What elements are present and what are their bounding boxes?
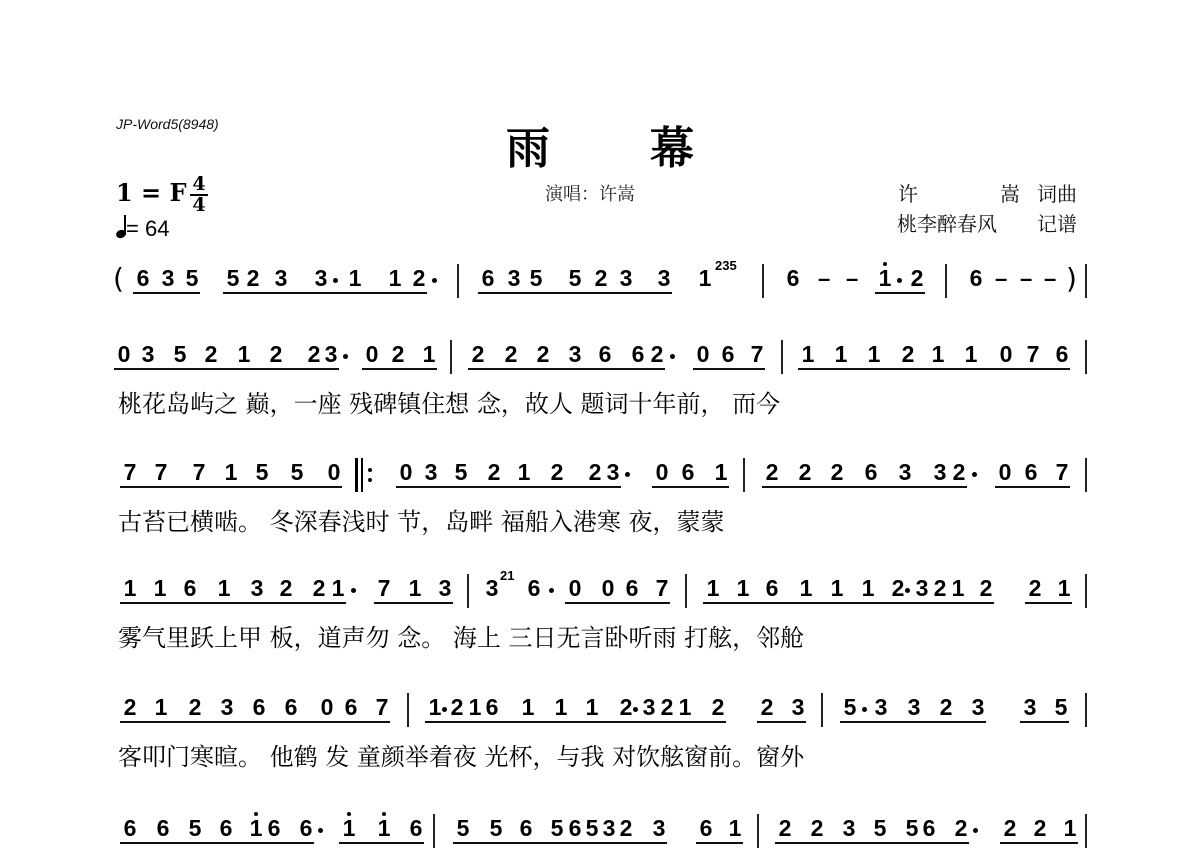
barline [781,340,783,374]
intro-parenthesis: ) [1066,262,1077,295]
augmentation-dot [318,828,323,833]
note: 2 [978,576,994,600]
note: 3 [906,695,922,719]
transcriber-role: 记谱 [1037,208,1077,237]
barline [743,458,745,492]
note: 3 [641,695,657,719]
beam-underline [425,721,726,723]
note: 6 [720,342,736,366]
note: 6 [298,816,314,840]
performer-credit: 演唱：许嵩 [545,180,635,206]
note: 3 [219,695,235,719]
transcriber-name: 桃李醉春风 [897,208,997,237]
barline [945,264,947,298]
beam-underline [374,602,453,604]
note: 6 [1023,460,1039,484]
note: 6 [863,460,879,484]
barline [467,574,469,608]
note: 2 [278,576,294,600]
note: 0 [398,460,414,484]
composer-role: 词曲 [1037,178,1077,207]
note: 3 [932,460,948,484]
augmentation-dot [972,472,977,477]
beam-underline [875,292,925,294]
note: 6 [1054,342,1070,366]
augmentation-dot [351,588,356,593]
note: 6 [182,576,198,600]
note: 0 [998,342,1014,366]
note: 1 [341,816,357,840]
note: 1 [407,576,423,600]
note: 2 [953,816,969,840]
grace-notes: 235 [715,258,737,273]
note: 1 [153,695,169,719]
lyrics-line: 桃花岛屿之 巅，一座 残碑镇住想 念，故人 题词十年前， 而今 [118,384,1078,419]
note: 2 [764,460,780,484]
barline [450,340,452,374]
augmentation-dot [862,707,867,712]
note: 6 [135,266,151,290]
note: 5 [584,816,600,840]
note: 6 [251,695,267,719]
note: 1 [800,342,816,366]
augmentation-dot [432,278,437,283]
note: 1 [427,695,443,719]
note: 1 [520,695,536,719]
note: 0 [567,576,583,600]
note: 2 [203,342,219,366]
note: 2 [549,460,565,484]
barline [457,264,459,298]
beam-underline [453,842,667,844]
note: 5 [842,695,858,719]
note: 1 [860,576,876,600]
note: 1 [421,342,437,366]
note: 2 [306,342,322,366]
beam-underline [696,842,743,844]
note: 2 [449,695,465,719]
note: 1 [705,576,721,600]
beam-underline [362,368,437,370]
time-signature-top: 4 [190,176,208,193]
beam-underline [703,602,994,604]
augmentation-dot [549,588,554,593]
note: 2 [593,266,609,290]
note: 3 [790,695,806,719]
note: 2 [535,342,551,366]
beam-underline [652,486,729,488]
note: 6 [785,266,801,290]
beam-underline [478,292,672,294]
note: 1 [877,266,893,290]
barline [1085,340,1087,374]
song-title-char-2: 幕 [650,112,694,176]
intro-parenthesis: ( [113,262,124,295]
note: 3 [484,576,500,600]
lyrics-line: 客叩门寒暄。 他鹤 发 童颜举着夜 光杯，与我 对饮舷窗前。窗外 [118,737,1078,772]
beam-underline [468,368,665,370]
note: 1 [248,816,264,840]
note: 0 [319,695,335,719]
time-signature-bottom: 4 [190,197,208,214]
note: 2 [503,342,519,366]
beam-underline [396,486,621,488]
note: 3 [914,576,930,600]
beam-underline [120,721,390,723]
note: 1 [735,576,751,600]
note: 1 [1062,816,1078,840]
augmentation-dot [633,707,638,712]
note: 6 [518,816,534,840]
tempo-value: = 64 [126,216,169,241]
beam-underline [693,368,765,370]
augmentation-dot [333,278,338,283]
note: 6 [921,816,937,840]
beam-underline [1020,721,1069,723]
note: 3 [313,266,329,290]
note: 2 [618,816,634,840]
note: 6 [283,695,299,719]
augmentation-dot [625,472,630,477]
key-signature: 1 = F [116,178,187,207]
note: 1 [223,460,239,484]
note: 2 [900,342,916,366]
note: 3 [841,816,857,840]
note: 0 [116,342,132,366]
note: 5 [872,816,888,840]
note: 2 [187,695,203,719]
note: 3 [656,266,672,290]
note: 2 [587,460,603,484]
note: 3 [160,266,176,290]
note: 6 [567,816,583,840]
beam-underline [798,368,1070,370]
note: 2 [122,695,138,719]
note: 3 [605,460,621,484]
barline [757,814,759,848]
note: 6 [408,816,424,840]
note: 1 [516,460,532,484]
note: 1 [152,576,168,600]
barline [407,693,409,727]
note: 6 [343,695,359,719]
beam-underline [133,292,200,294]
beam-underline [223,292,427,294]
beam-underline [840,721,986,723]
note: 7 [749,342,765,366]
note: 1 [216,576,232,600]
note: 1 [553,695,569,719]
note: 6 [630,342,646,366]
barline [1085,264,1087,298]
note: 2 [759,695,775,719]
extension-dash: – [995,266,1007,292]
note: 3 [970,695,986,719]
note: 3 [437,576,453,600]
note: 2 [938,695,954,719]
augmentation-dot [670,354,675,359]
note: 3 [897,460,913,484]
note: 2 [486,460,502,484]
note: 3 [601,816,617,840]
note: 6 [218,816,234,840]
note: 2 [809,816,825,840]
extension-dash: – [1020,266,1032,292]
augmentation-dot [442,707,447,712]
note: 6 [764,576,780,600]
note: 5 [187,816,203,840]
note: 2 [411,266,427,290]
note: 7 [1025,342,1041,366]
note: 1 [963,342,979,366]
note: 2 [710,695,726,719]
beam-underline [120,842,314,844]
note: 6 [122,816,138,840]
note: 1 [866,342,882,366]
note: 2 [777,816,793,840]
note: 5 [254,460,270,484]
note: 5 [453,460,469,484]
barline [821,693,823,727]
augmentation-dot [905,588,910,593]
note: 7 [374,695,390,719]
note: 7 [1054,460,1070,484]
time-signature: 4 4 [190,176,208,214]
note: 2 [618,695,634,719]
note: 1 [122,576,138,600]
note: 2 [797,460,813,484]
note: 3 [423,460,439,484]
note: 3 [651,816,667,840]
note: 1 [677,695,693,719]
beam-underline [1025,602,1072,604]
note: 1 [330,576,346,600]
barline [1085,574,1087,608]
note: 6 [968,266,984,290]
note: 1 [1056,576,1072,600]
note: 2 [659,695,675,719]
note: 5 [567,266,583,290]
barline [1085,458,1087,492]
beam-underline [114,368,339,370]
note: 5 [904,816,920,840]
note: 7 [376,576,392,600]
note: 3 [506,266,522,290]
extension-dash: – [1044,266,1056,292]
note: 1 [387,266,403,290]
beam-underline [762,486,967,488]
note: 3 [140,342,156,366]
barline [1085,814,1087,848]
note: 1 [467,695,483,719]
note: 3 [323,342,339,366]
composer-name-2: 嵩 [1000,178,1020,207]
note: 6 [155,816,171,840]
note: 6 [624,576,640,600]
note: 1 [376,816,392,840]
note: 2 [1002,816,1018,840]
note: 3 [873,695,889,719]
note: 1 [347,266,363,290]
note: 2 [390,342,406,366]
note: 5 [549,816,565,840]
note: 1 [236,342,252,366]
beam-underline [757,721,806,723]
barline [1085,693,1087,727]
note: 5 [289,460,305,484]
note: 5 [1053,695,1069,719]
beam-underline [339,842,424,844]
note: 0 [364,342,380,366]
beam-underline [120,602,346,604]
note: 2 [470,342,486,366]
note: 7 [122,460,138,484]
note: 3 [567,342,583,366]
song-title-char-1: 雨 [506,112,550,176]
beam-underline [775,842,969,844]
note: 3 [618,266,634,290]
barline [685,574,687,608]
note: 2 [1027,576,1043,600]
lyrics-line: 古苔已横啮。 冬深春浅时 节，岛畔 福船入港寒 夜，蒙蒙 [118,502,1078,537]
note: 6 [526,576,542,600]
note: 5 [225,266,241,290]
barline [433,814,435,848]
note: 6 [480,266,496,290]
note: 0 [600,576,616,600]
note: 2 [890,576,906,600]
note: 7 [153,460,169,484]
barline [762,264,764,298]
grace-notes: 21 [500,568,514,583]
note: 0 [695,342,711,366]
note: 1 [930,342,946,366]
beam-underline [565,602,670,604]
note: 5 [455,816,471,840]
note: 6 [698,816,714,840]
beam-underline [995,486,1070,488]
note: 7 [191,460,207,484]
composer-name-1: 许 [898,178,918,207]
note: 1 [584,695,600,719]
note: 1 [833,342,849,366]
note: 2 [909,266,925,290]
augmentation-dot [343,354,348,359]
note: 1 [950,576,966,600]
lyrics-line: 雾气里跃上甲 板，道声勿 念。 海上 三日无言卧听雨 打舷，邻舱 [118,618,1078,653]
note: 3 [273,266,289,290]
note: 0 [654,460,670,484]
note: 3 [1022,695,1038,719]
augmentation-dot [897,278,902,283]
note: 2 [649,342,665,366]
tempo-marking: = 64 [116,216,169,242]
note: 2 [951,460,967,484]
note: 0 [326,460,342,484]
note: 1 [829,576,845,600]
note: 5 [528,266,544,290]
note: 2 [311,576,327,600]
note: 0 [997,460,1013,484]
note: 3 [249,576,265,600]
beam-underline [1000,842,1078,844]
note: 5 [488,816,504,840]
quarter-note-icon [116,216,126,238]
beam-underline [120,486,342,488]
note: 1 [697,266,713,290]
note: 1 [727,816,743,840]
note: 6 [266,816,282,840]
note: 5 [184,266,200,290]
note: 7 [654,576,670,600]
note: 6 [597,342,613,366]
note: 2 [245,266,261,290]
note: 5 [172,342,188,366]
extension-dash: – [818,266,830,292]
note: 2 [268,342,284,366]
note: 1 [713,460,729,484]
note: 1 [798,576,814,600]
note: 6 [484,695,500,719]
software-watermark: JP-Word5(8948) [116,116,219,132]
note: 6 [680,460,696,484]
note: 2 [932,576,948,600]
augmentation-dot [973,828,978,833]
extension-dash: – [846,266,858,292]
note: 2 [1032,816,1048,840]
note: 2 [829,460,845,484]
